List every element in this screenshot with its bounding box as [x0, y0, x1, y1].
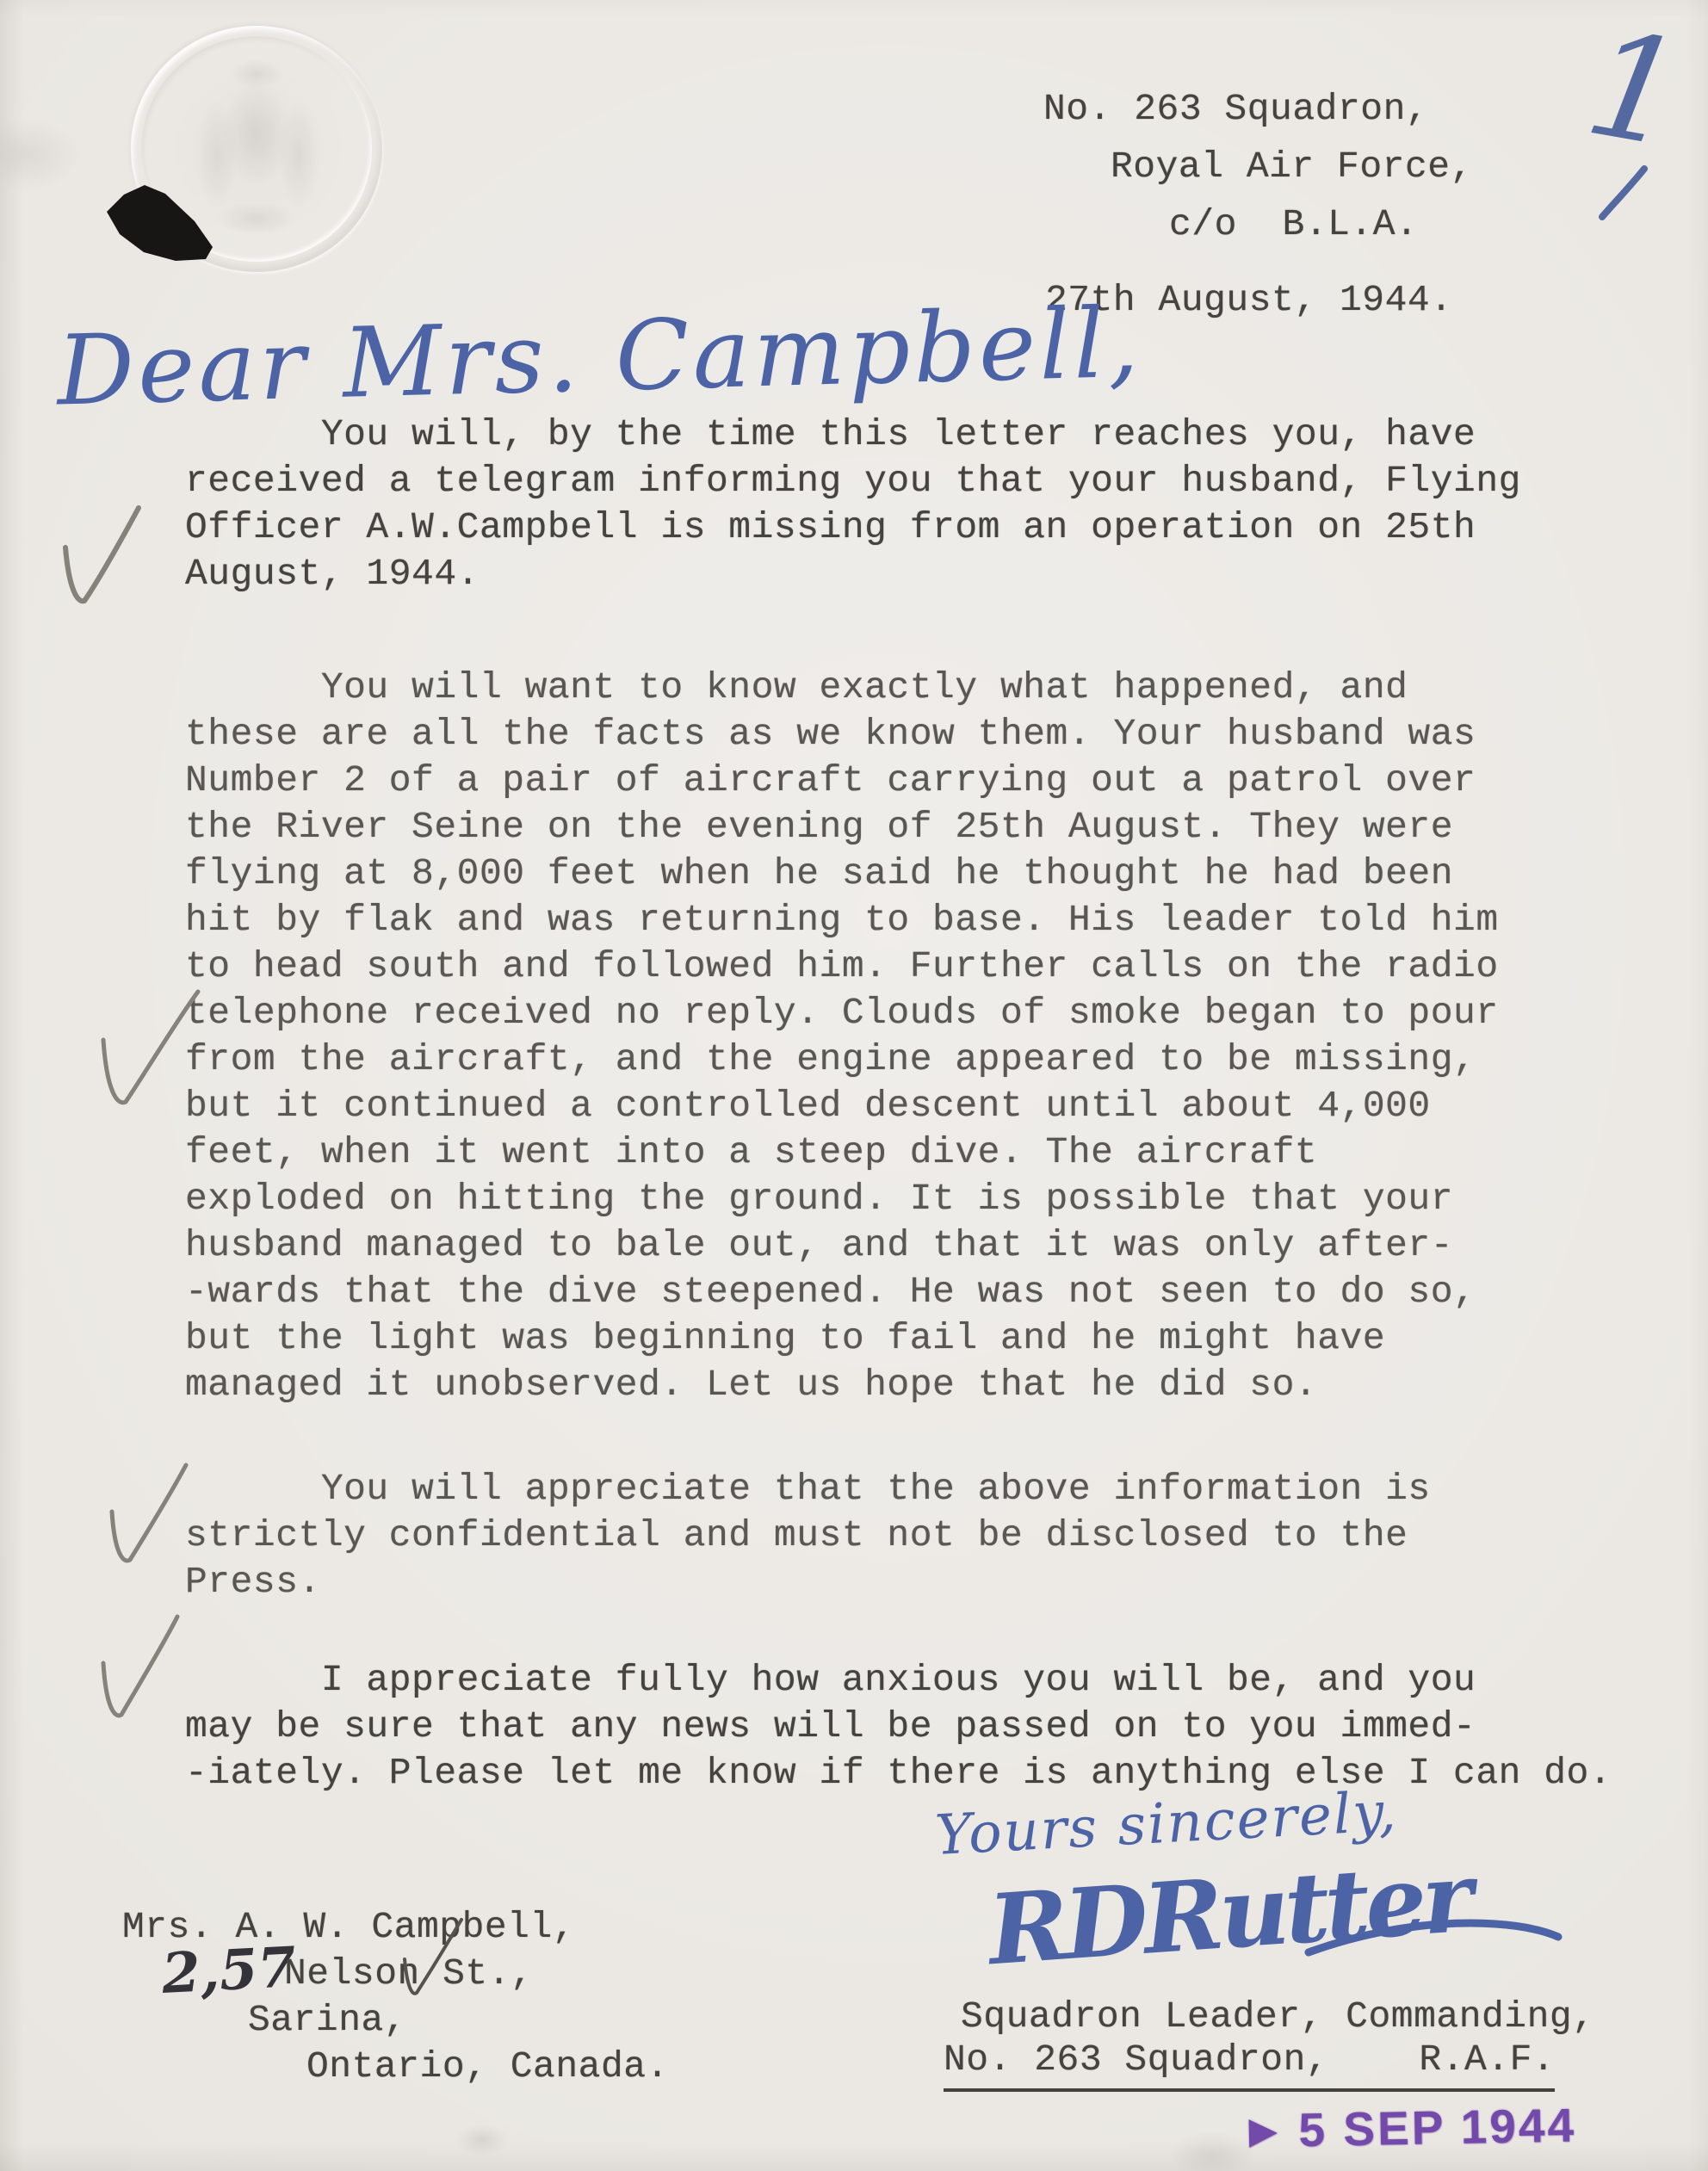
body-paragraph-4: I appreciate fully how anxious you will …: [185, 1657, 1612, 1797]
signer-unit: No. 263 Squadron, R.A.F.: [944, 2037, 1555, 2092]
salutation-handwriting: Dear Mrs. Campbell,: [56, 288, 1143, 428]
body-paragraph-3: You will appreciate that the above infor…: [185, 1466, 1431, 1605]
recipient-region: Ontario, Canada.: [306, 2044, 669, 2090]
header-service: Royal Air Force,: [1111, 144, 1473, 190]
page-number-annotation: 1: [1575, 0, 1695, 181]
stamp-flag-icon: ►: [1239, 2103, 1287, 2157]
header-unit: No. 263 Squadron,: [1043, 86, 1428, 133]
embossed-royal-seal: [131, 26, 382, 272]
recipient-street: Nelson St.,: [284, 1951, 533, 1997]
pencil-checkmark-icon: [103, 992, 198, 1103]
recipient-city: Sarina,: [248, 1997, 406, 2044]
signature-handwriting: RDRutter: [985, 1841, 1472, 1988]
stamp-date: 5 SEP 1944: [1298, 2099, 1577, 2157]
pencil-checkmark-icon: [103, 1617, 177, 1716]
date-stamp: ►5 SEP 1944: [1239, 2098, 1576, 2159]
pencil-checkmark-icon: [65, 508, 139, 601]
header-care-of: c/o B.L.A.: [1169, 201, 1418, 248]
body-paragraph-1: You will, by the time this letter reache…: [185, 411, 1521, 597]
letter-page: No. 263 Squadron, Royal Air Force, c/o B…: [0, 0, 1708, 2171]
signer-title: Squadron Leader, Commanding,: [961, 1994, 1595, 2040]
pencil-checkmark-icon: [112, 1465, 186, 1561]
body-paragraph-2: You will want to know exactly what happe…: [185, 665, 1499, 1408]
recipient-house-number-handwriting: 2,57: [160, 1935, 298, 2007]
pen-stroke: [1602, 169, 1644, 217]
